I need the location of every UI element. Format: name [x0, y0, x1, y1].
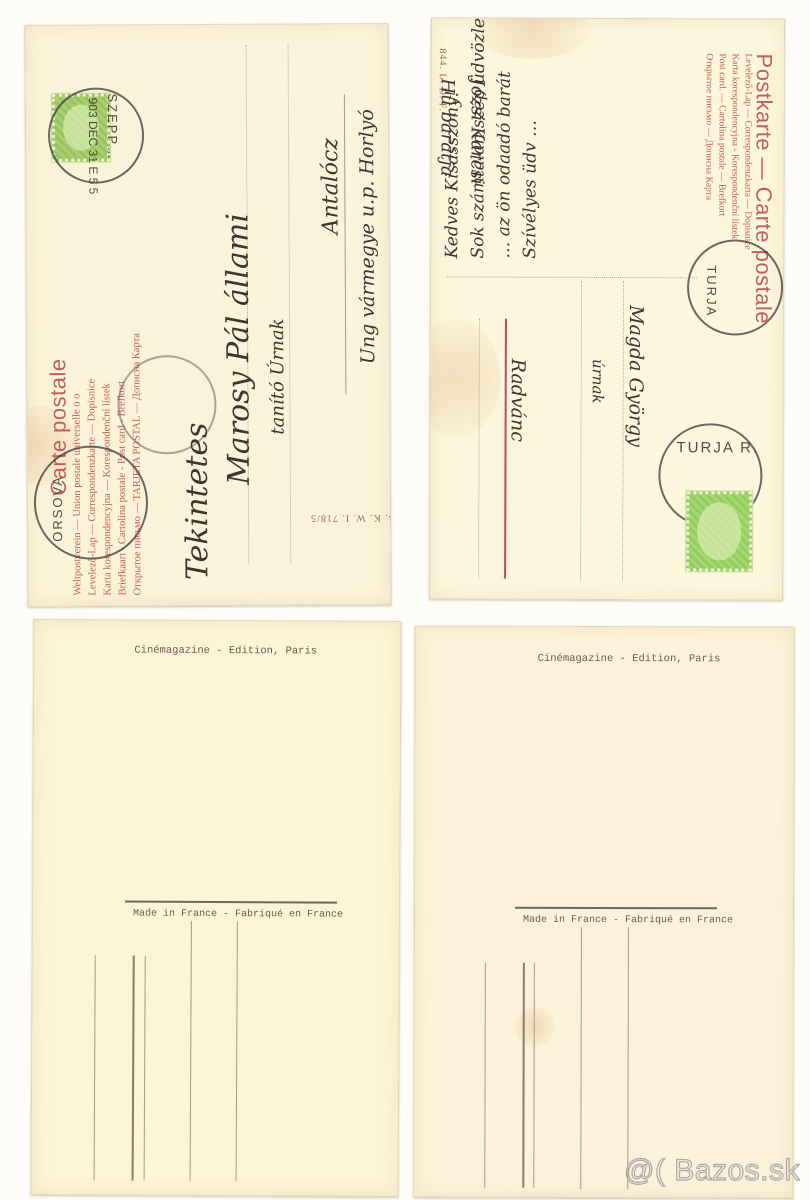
postmark-top: TURJA: [687, 239, 783, 335]
postcard-bottom-right: Cinémagazine - Edition, Paris Made in Fr…: [413, 626, 794, 1199]
ruling-line: [190, 921, 192, 1181]
publisher-code: B. K. W. I. 718/5: [310, 512, 391, 523]
address-line-5: Ung vármegye u.p. Horlyó: [356, 109, 379, 364]
address-line-4: Antalócz: [318, 138, 344, 234]
bazos-watermark: @( Bazos.sk: [624, 1154, 800, 1188]
postmark-stamp: SZEPP… 903 DEC 31 E 5 5: [48, 87, 145, 184]
postmark-orsova: ORSOVA: [34, 445, 149, 560]
divider-line: [515, 907, 717, 910]
address-underline: [344, 94, 347, 394]
ruling-line: [580, 927, 582, 1189]
ruling-line: [94, 955, 96, 1180]
message-line: Kedves Kisasszony!: [439, 38, 466, 258]
ruling-line: [144, 956, 146, 1181]
address-town: Radvánc: [507, 359, 529, 442]
postmark-town: TURJA R.: [676, 439, 759, 456]
address-line: [580, 281, 582, 581]
address-name: Magda György: [625, 305, 647, 447]
address-line: [288, 45, 292, 565]
made-in-line: Made in France - Fabriqué en France: [523, 915, 733, 927]
message-line: … az ön odaadó barát: [491, 39, 518, 259]
address-line-2: Marosy Pál állami: [220, 213, 256, 485]
publisher-line: Cinémagazine - Edition, Paris: [538, 653, 721, 665]
address-line-3: tanító Úrnak: [267, 318, 289, 434]
ruling-line: [627, 927, 629, 1189]
message-block-2: Kedves Kisasszony! Sok számtalan szép üd…: [439, 38, 544, 258]
ruling-line: [236, 921, 238, 1181]
message-line: Sok számtalan szép üdvözletet küld: [465, 39, 492, 259]
postmark-date: 903 DEC 31 E 5 5: [86, 98, 101, 195]
postmark-text: TURJA: [704, 265, 719, 317]
postmark-town: SZEPP…: [105, 93, 120, 161]
postcard-top-left: SZEPP… 903 DEC 31 E 5 5 Carte postale We…: [24, 23, 391, 607]
ruling-line: [522, 963, 525, 1188]
message-line: Szívélyes üdv …: [517, 39, 544, 259]
address-line: [478, 319, 480, 579]
address-line-2: úrnak: [589, 359, 607, 404]
postcard-bottom-left: Cinémagazine - Edition, Paris Made in Fr…: [30, 619, 401, 1197]
address-underline: [504, 319, 507, 579]
postmark-town: ORSOVA: [50, 475, 65, 542]
ruling-line: [533, 963, 535, 1188]
publisher-line: Cinémagazine - Edition, Paris: [134, 645, 317, 658]
postage-stamp: [686, 491, 752, 571]
divider-line: [125, 901, 337, 904]
paper-stain: [429, 318, 501, 438]
address-line-1: Tekintetes: [180, 422, 216, 580]
made-in-line: Made in France - Fabriqué en France: [133, 909, 343, 921]
postcard-top-right: Postkarte — Carte postale Levelező-Lap —…: [429, 17, 785, 600]
ruling-line: [132, 956, 135, 1181]
ruling-line: [484, 963, 486, 1188]
